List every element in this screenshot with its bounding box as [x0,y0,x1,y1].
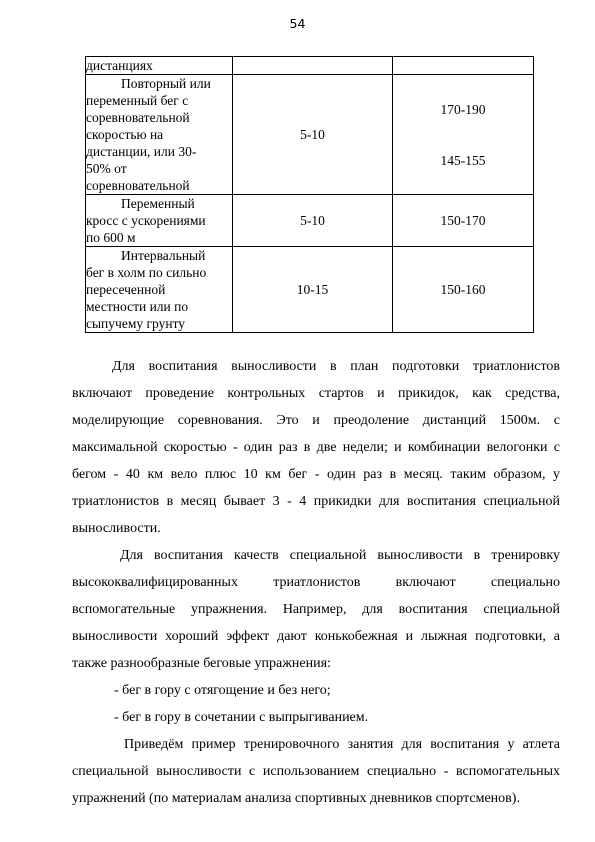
volume-cell [233,57,393,75]
body-text: Для воспитания выносливости в план подго… [72,353,560,812]
table-row: Повторный или переменный бег с соревнова… [86,75,534,195]
pulse-cell: 150-160 [393,247,534,333]
training-methods-table: дистанциях Повторный или переменный бег … [85,56,534,333]
table-row: Интервальный бег в холм по сильно пересе… [86,247,534,333]
exercise-cell: дистанциях [86,57,233,75]
list-item-uphill-run-jumps: - бег в гору в сочетании с выпрыгиванием… [72,704,560,731]
pulse-cell: 150-170 [393,195,534,247]
paragraph-training-example: Приведём пример тренировочного занятия д… [72,731,560,812]
pulse-cell: 170-190 145-155 [393,75,534,195]
document-page: 54 дистанциях Повторный или переменный б… [0,0,595,842]
volume-cell: 5-10 [233,195,393,247]
list-item-uphill-run-weights: - бег в гору с отягощение и без него; [72,677,560,704]
pulse-cell [393,57,534,75]
table-row: Переменный кросс с ускорениями по 600 м … [86,195,534,247]
page-number: 54 [0,16,595,32]
table-body: дистанциях Повторный или переменный бег … [86,57,534,333]
volume-cell: 10-15 [233,247,393,333]
paragraph-special-endurance: Для воспитания качеств специальной вынос… [72,542,560,677]
exercise-cell: Интервальный бег в холм по сильно пересе… [86,247,233,333]
exercise-cell: Повторный или переменный бег с соревнова… [86,75,233,195]
exercise-cell: Переменный кросс с ускорениями по 600 м [86,195,233,247]
table-row: дистанциях [86,57,534,75]
paragraph-endurance-plan: Для воспитания выносливости в план подго… [72,353,560,542]
volume-cell: 5-10 [233,75,393,195]
